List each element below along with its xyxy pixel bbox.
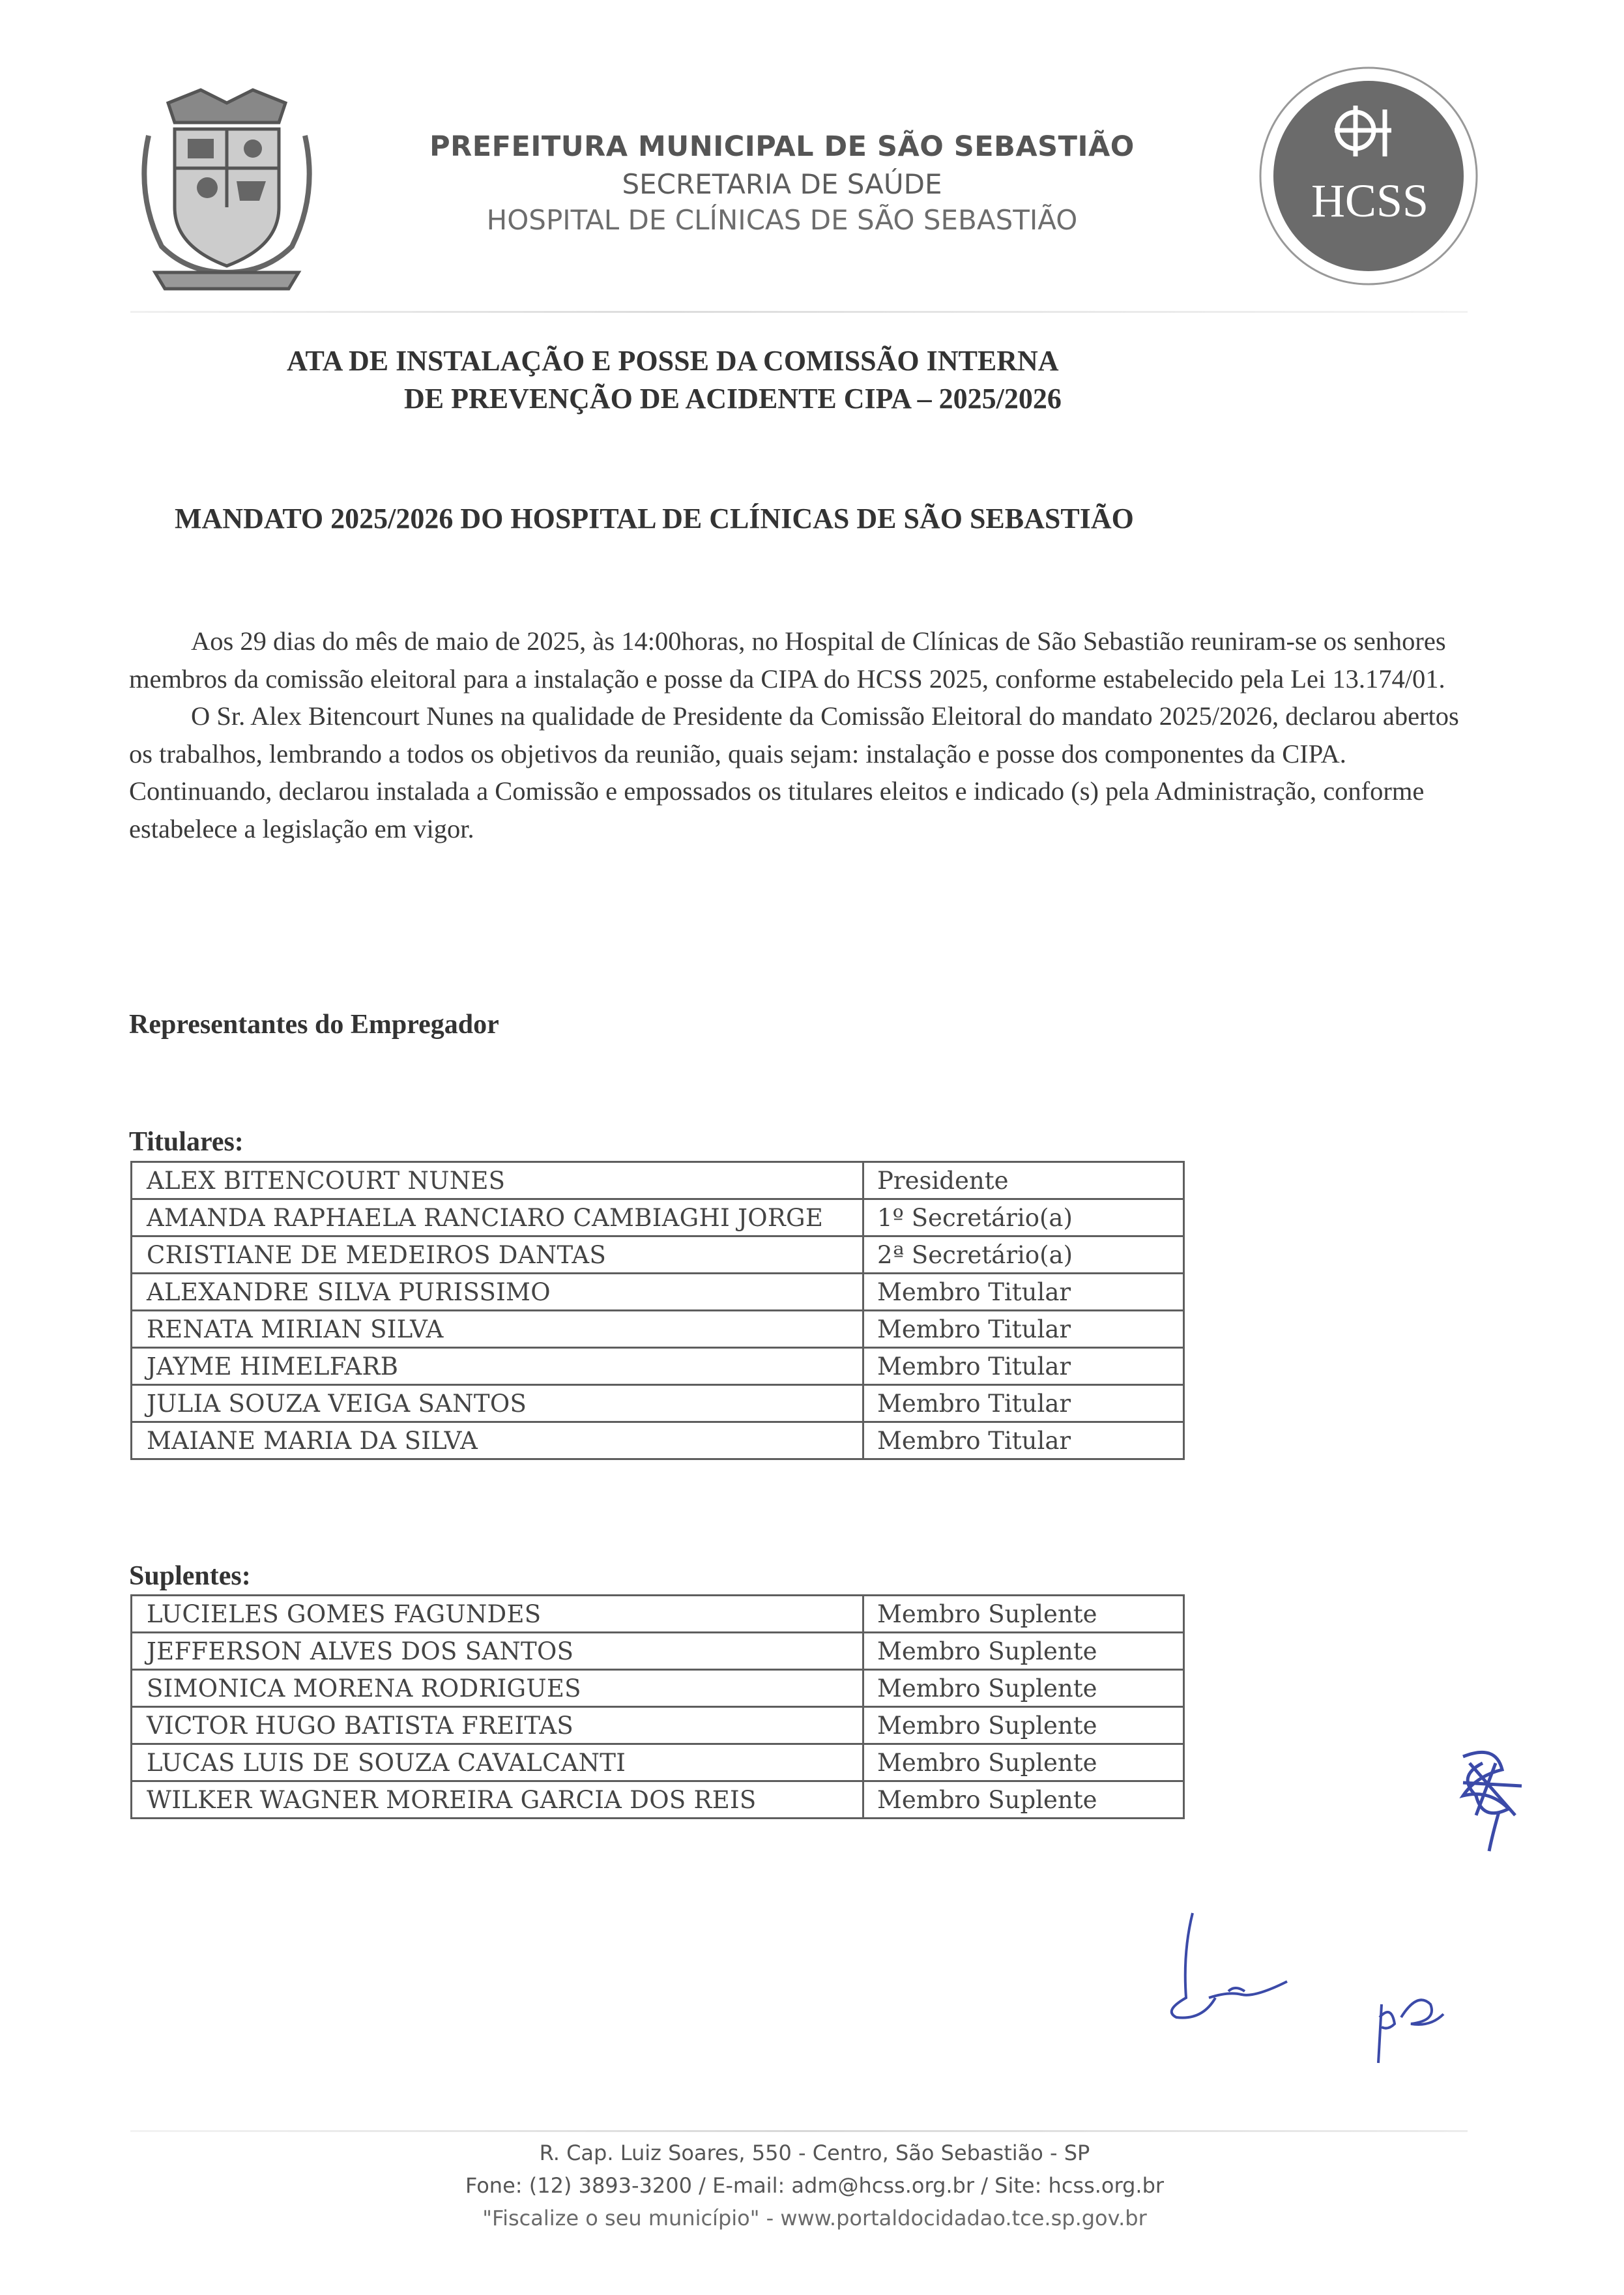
member-name: JULIA SOUZA VEIGA SANTOS bbox=[132, 1385, 863, 1422]
member-name: JEFFERSON ALVES DOS SANTOS bbox=[132, 1633, 863, 1670]
document-subtitle: MANDATO 2025/2026 DO HOSPITAL DE CLÍNICA… bbox=[175, 502, 1134, 535]
document-title: ATA DE INSTALAÇÃO E POSSE DA COMISSÃO IN… bbox=[248, 342, 1225, 418]
municipal-crest-icon bbox=[129, 77, 325, 299]
member-name: SIMONICA MORENA RODRIGUES bbox=[132, 1670, 863, 1707]
member-name: RENATA MIRIAN SILVA bbox=[132, 1311, 863, 1348]
hcss-logo-icon: HCSS bbox=[1258, 65, 1479, 287]
member-role: Membro Suplente bbox=[863, 1744, 1184, 1781]
footer-address: R. Cap. Luiz Soares, 550 - Centro, São S… bbox=[326, 2137, 1303, 2169]
header-divider bbox=[130, 311, 1468, 313]
minutes-body: Aos 29 dias do mês de maio de 2025, às 1… bbox=[129, 622, 1485, 847]
member-role: 1º Secretário(a) bbox=[863, 1199, 1184, 1236]
member-role: Membro Titular bbox=[863, 1274, 1184, 1311]
table-row: MAIANE MARIA DA SILVAMembro Titular bbox=[132, 1422, 1184, 1459]
document-page: PREFEITURA MUNICIPAL DE SÃO SEBASTIÃO SE… bbox=[0, 0, 1624, 2295]
paragraph: Aos 29 dias do mês de maio de 2025, às 1… bbox=[129, 622, 1485, 697]
member-role: Membro Suplente bbox=[863, 1596, 1184, 1633]
member-role: Membro Titular bbox=[863, 1385, 1184, 1422]
member-name: VICTOR HUGO BATISTA FREITAS bbox=[132, 1707, 863, 1744]
footer: R. Cap. Luiz Soares, 550 - Centro, São S… bbox=[326, 2137, 1303, 2234]
table-row: LUCIELES GOMES FAGUNDESMembro Suplente bbox=[132, 1596, 1184, 1633]
signature-icon bbox=[1157, 1900, 1326, 2030]
table-row: SIMONICA MORENA RODRIGUESMembro Suplente bbox=[132, 1670, 1184, 1707]
footer-divider bbox=[130, 2130, 1468, 2132]
member-name: MAIANE MARIA DA SILVA bbox=[132, 1422, 863, 1459]
footer-slogan: "Fiscalize o seu município" - www.portal… bbox=[326, 2202, 1303, 2234]
member-name: AMANDA RAPHAELA RANCIARO CAMBIAGHI JORGE bbox=[132, 1199, 863, 1236]
table-row: JULIA SOUZA VEIGA SANTOSMembro Titular bbox=[132, 1385, 1184, 1422]
member-name: LUCAS LUIS DE SOUZA CAVALCANTI bbox=[132, 1744, 863, 1781]
table-row: JAYME HIMELFARBMembro Titular bbox=[132, 1348, 1184, 1385]
organization-header: PREFEITURA MUNICIPAL DE SÃO SEBASTIÃO SE… bbox=[391, 130, 1173, 236]
member-role: Membro Suplente bbox=[863, 1670, 1184, 1707]
paragraph: O Sr. Alex Bitencourt Nunes na qualidade… bbox=[129, 697, 1485, 847]
table-row: JEFFERSON ALVES DOS SANTOSMembro Suplent… bbox=[132, 1633, 1184, 1670]
svg-text:HCSS: HCSS bbox=[1311, 175, 1428, 227]
titulares-table: ALEX BITENCOURT NUNESPresidenteAMANDA RA… bbox=[130, 1161, 1185, 1460]
table-row: ALEXANDRE SILVA PURISSIMOMembro Titular bbox=[132, 1274, 1184, 1311]
suplentes-label: Suplentes: bbox=[129, 1560, 251, 1592]
member-name: CRISTIANE DE MEDEIROS DANTAS bbox=[132, 1236, 863, 1274]
member-name: WILKER WAGNER MOREIRA GARCIA DOS REIS bbox=[132, 1781, 863, 1819]
member-role: Membro Suplente bbox=[863, 1707, 1184, 1744]
member-role: Presidente bbox=[863, 1162, 1184, 1199]
member-name: JAYME HIMELFARB bbox=[132, 1348, 863, 1385]
organization-name: PREFEITURA MUNICIPAL DE SÃO SEBASTIÃO bbox=[391, 130, 1173, 163]
member-role: Membro Titular bbox=[863, 1422, 1184, 1459]
member-name: LUCIELES GOMES FAGUNDES bbox=[132, 1596, 863, 1633]
table-row: WILKER WAGNER MOREIRA GARCIA DOS REISMem… bbox=[132, 1781, 1184, 1819]
member-name: ALEXANDRE SILVA PURISSIMO bbox=[132, 1274, 863, 1311]
member-role: Membro Suplente bbox=[863, 1781, 1184, 1819]
department-name: SECRETARIA DE SAÚDE bbox=[391, 168, 1173, 200]
table-row: VICTOR HUGO BATISTA FREITASMembro Suplen… bbox=[132, 1707, 1184, 1744]
initials-signature-icon bbox=[1365, 1978, 1457, 2069]
table-row: AMANDA RAPHAELA RANCIARO CAMBIAGHI JORGE… bbox=[132, 1199, 1184, 1236]
section-heading: Representantes do Empregador bbox=[129, 1009, 499, 1040]
table-row: CRISTIANE DE MEDEIROS DANTAS2ª Secretári… bbox=[132, 1236, 1184, 1274]
table-row: RENATA MIRIAN SILVAMembro Titular bbox=[132, 1311, 1184, 1348]
rubric-signature-icon bbox=[1437, 1737, 1535, 1854]
member-role: 2ª Secretário(a) bbox=[863, 1236, 1184, 1274]
table-row: LUCAS LUIS DE SOUZA CAVALCANTIMembro Sup… bbox=[132, 1744, 1184, 1781]
member-role: Membro Suplente bbox=[863, 1633, 1184, 1670]
footer-contact: Fone: (12) 3893-3200 / E-mail: adm@hcss.… bbox=[326, 2169, 1303, 2202]
titulares-label: Titulares: bbox=[129, 1126, 244, 1158]
member-role: Membro Titular bbox=[863, 1348, 1184, 1385]
suplentes-table: LUCIELES GOMES FAGUNDESMembro SuplenteJE… bbox=[130, 1594, 1185, 1819]
member-role: Membro Titular bbox=[863, 1311, 1184, 1348]
hospital-name: HOSPITAL DE CLÍNICAS DE SÃO SEBASTIÃO bbox=[391, 204, 1173, 236]
table-row: ALEX BITENCOURT NUNESPresidente bbox=[132, 1162, 1184, 1199]
member-name: ALEX BITENCOURT NUNES bbox=[132, 1162, 863, 1199]
